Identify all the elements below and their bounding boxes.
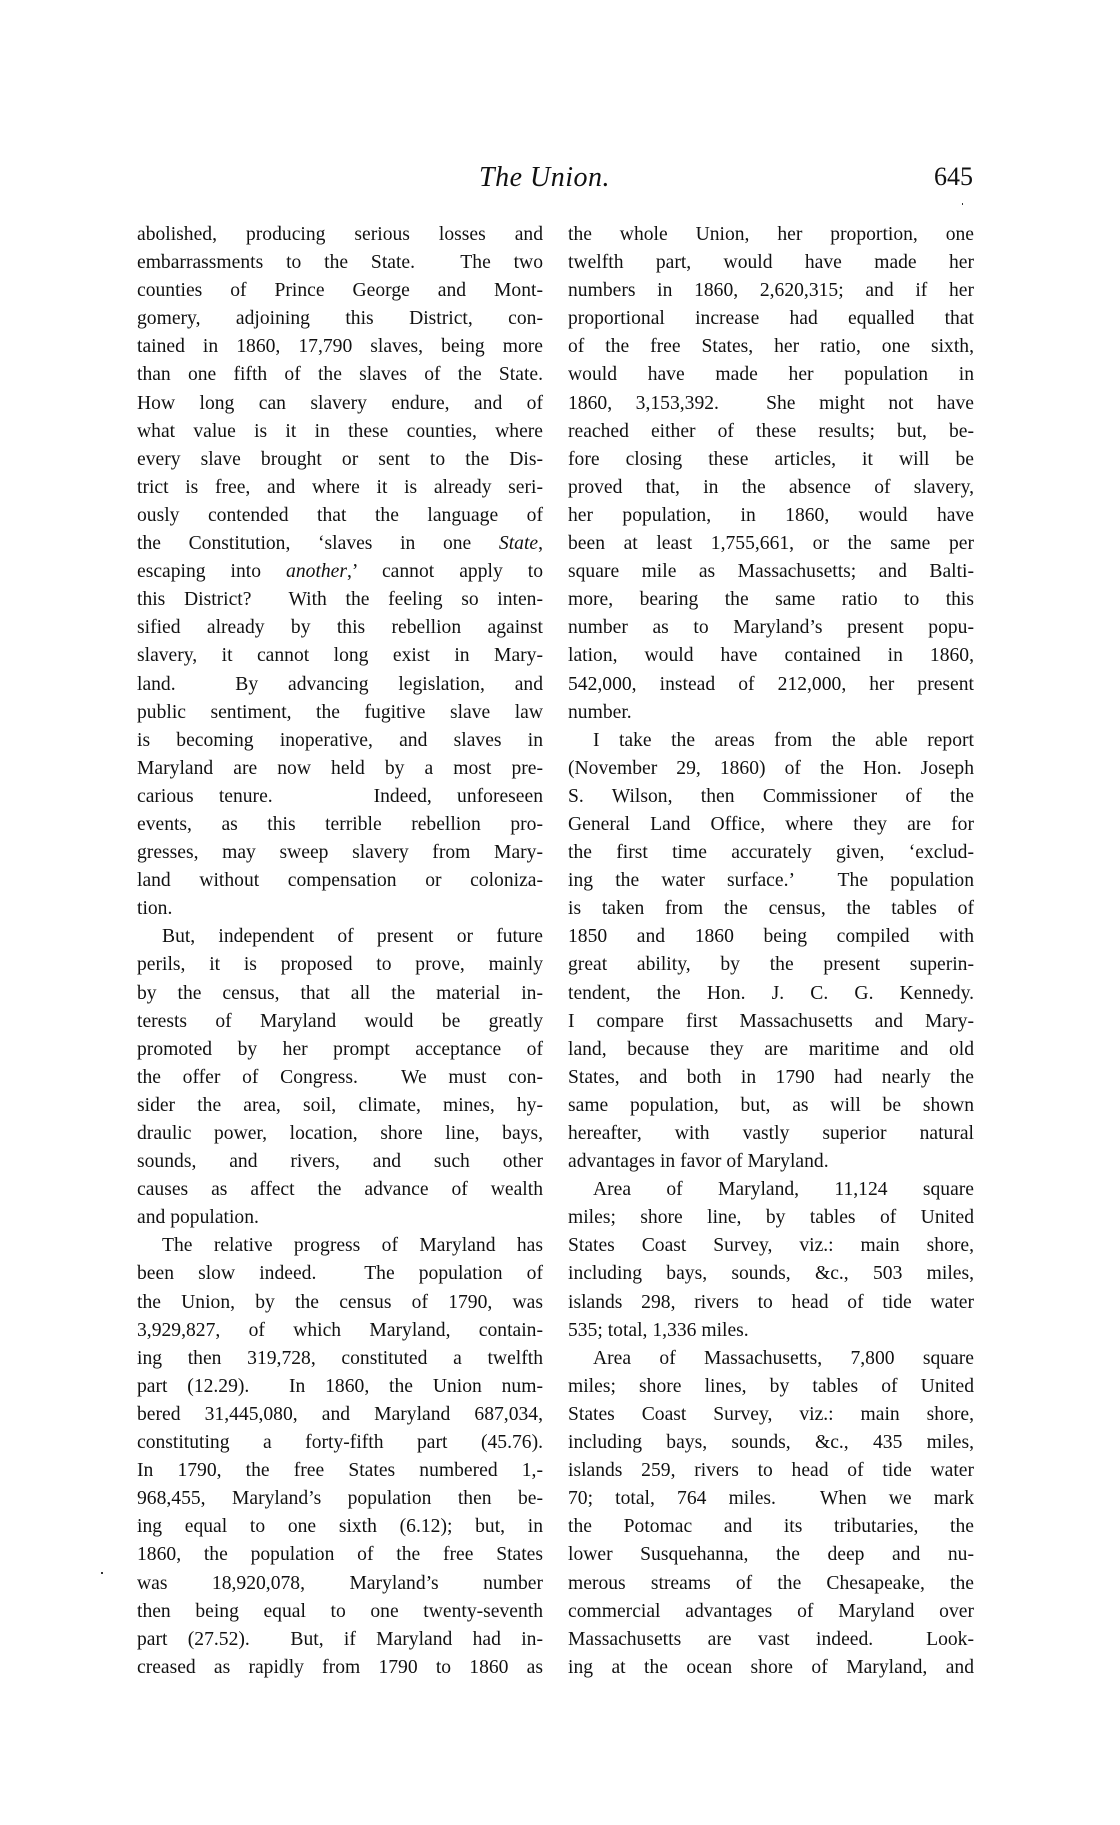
text-line: counties of Prince George and Mont- (137, 277, 543, 305)
text-line: Massachusetts are vast indeed. Look- (568, 1626, 974, 1654)
text-line: ing then 319,728, constituted a twelfth (137, 1345, 543, 1373)
text-line: slavery, it cannot long exist in Mary- (137, 642, 543, 670)
text-line: great ability, by the present superin- (568, 951, 974, 979)
text-line: square mile as Massachusetts; and Balti- (568, 558, 974, 586)
text-line: 1860, the population of the free States (137, 1541, 543, 1569)
text-line: same population, but, as will be shown (568, 1092, 974, 1120)
text-line: of the free States, her ratio, one sixth… (568, 333, 974, 361)
text-line: advantages in favor of Maryland. (568, 1148, 974, 1176)
text-line: than one fifth of the slaves of the Stat… (137, 361, 543, 389)
text-line: How long can slavery endure, and of (137, 390, 543, 418)
text-line: tion. (137, 895, 543, 923)
text-line: 70; total, 764 miles. When we mark (568, 1485, 974, 1513)
text-line: part (12.29). In 1860, the Union num- (137, 1373, 543, 1401)
text-line: 1850 and 1860 being compiled with (568, 923, 974, 951)
text-line: carious tenure. Indeed, unforeseen (137, 783, 543, 811)
text-line: 542,000, instead of 212,000, her present (568, 671, 974, 699)
running-head: The Union. 645 (137, 162, 973, 196)
text-line: merous streams of the Chesapeake, the (568, 1570, 974, 1598)
text-line: States, and both in 1790 had nearly the (568, 1064, 974, 1092)
text-line: and population. (137, 1204, 543, 1232)
text-line: ing at the ocean shore of Maryland, and (568, 1654, 974, 1682)
text-line: draulic power, location, shore line, bay… (137, 1120, 543, 1148)
text-line: 968,455, Maryland’s population then be- (137, 1485, 543, 1513)
text-line: hereafter, with vastly superior natural (568, 1120, 974, 1148)
text-line: would have made her population in (568, 361, 974, 389)
italic-word: State (499, 533, 538, 554)
text-line: tained in 1860, 17,790 slaves, being mor… (137, 333, 543, 361)
text-line: part (27.52). But, if Maryland had in- (137, 1626, 543, 1654)
text-line: islands 298, rivers to head of tide wate… (568, 1289, 974, 1317)
text-line: General Land Office, where they are for (568, 811, 974, 839)
text-line: gomery, adjoining this District, con- (137, 305, 543, 333)
text-line: escaping into another,’ cannot apply to (137, 558, 543, 586)
text-line: Area of Massachusetts, 7,800 square (568, 1345, 974, 1373)
text-line: land, because they are maritime and old (568, 1036, 974, 1064)
text-line: In 1790, the free States numbered 1,- (137, 1457, 543, 1485)
text-line: promoted by her prompt acceptance of (137, 1036, 543, 1064)
text-line: gresses, may sweep slavery from Mary- (137, 839, 543, 867)
text-line: miles; shore lines, by tables of United (568, 1373, 974, 1401)
text-line: fore closing these articles, it will be (568, 446, 974, 474)
text-line: number. (568, 699, 974, 727)
text-line: is becoming inoperative, and slaves in (137, 727, 543, 755)
text-line: I compare first Massachusetts and Mary- (568, 1008, 974, 1036)
text-line: lation, would have contained in 1860, (568, 642, 974, 670)
text-line: States Coast Survey, viz.: main shore, (568, 1401, 974, 1429)
text-line: ing the water surface.’ The population (568, 867, 974, 895)
text-line: this District? With the feeling so inten… (137, 586, 543, 614)
text-line: 1860, 3,153,392. She might not have (568, 390, 974, 418)
text-line: the whole Union, her proportion, one (568, 221, 974, 249)
text-line: States Coast Survey, viz.: main shore, (568, 1232, 974, 1260)
scan-speck (962, 203, 963, 205)
text-line: events, as this terrible rebellion pro- (137, 811, 543, 839)
text-line: abolished, producing serious losses and (137, 221, 543, 249)
text-line: miles; shore line, by tables of United (568, 1204, 974, 1232)
text-line: terests of Maryland would be greatly (137, 1008, 543, 1036)
text-line: been at least 1,755,661, or the same per (568, 530, 974, 558)
text-line: islands 259, rivers to head of tide wate… (568, 1457, 974, 1485)
text-line: Maryland are now held by a most pre- (137, 755, 543, 783)
text-line: reached either of these results; but, be… (568, 418, 974, 446)
text-line: is taken from the census, the tables of (568, 895, 974, 923)
text-line: numbers in 1860, 2,620,315; and if her (568, 277, 974, 305)
right-column: the whole Union, her proportion, onetwel… (568, 221, 974, 1682)
text-line: 535; total, 1,336 miles. (568, 1317, 974, 1345)
text-line: embarrassments to the State. The two (137, 249, 543, 277)
text-line: more, bearing the same ratio to this (568, 586, 974, 614)
text-line: I take the areas from the able report (568, 727, 974, 755)
text-line: ing equal to one sixth (6.12); but, in (137, 1513, 543, 1541)
text-line: constituting a forty-fifth part (45.76). (137, 1429, 543, 1457)
scan-speck (101, 1572, 103, 1574)
text-line: The relative progress of Maryland has (137, 1232, 543, 1260)
text-line: what value is it in these counties, wher… (137, 418, 543, 446)
text-line: ously contended that the language of (137, 502, 543, 530)
text-line: land. By advancing legislation, and (137, 671, 543, 699)
text-line: the first time accurately given, ‘exclud… (568, 839, 974, 867)
text-line: her population, in 1860, would have (568, 502, 974, 530)
text-line: by the census, that all the material in- (137, 980, 543, 1008)
text-line: twelfth part, would have made her (568, 249, 974, 277)
text-line: lower Susquehanna, the deep and nu- (568, 1541, 974, 1569)
page-number: 645 (934, 162, 973, 192)
text-line: the Constitution, ‘slaves in one State, (137, 530, 543, 558)
text-line: every slave brought or sent to the Dis- (137, 446, 543, 474)
text-line: public sentiment, the fugitive slave law (137, 699, 543, 727)
text-line: been slow indeed. The population of (137, 1260, 543, 1288)
text-line: perils, it is proposed to prove, mainly (137, 951, 543, 979)
text-line: sounds, and rivers, and such other (137, 1148, 543, 1176)
text-line: commercial advantages of Maryland over (568, 1598, 974, 1626)
running-head-title: The Union. (479, 162, 610, 194)
text-line: the offer of Congress. We must con- (137, 1064, 543, 1092)
text-line: But, independent of present or future (137, 923, 543, 951)
text-line: number as to Maryland’s present popu- (568, 614, 974, 642)
italic-word: another (286, 561, 347, 582)
text-line: bered 31,445,080, and Maryland 687,034, (137, 1401, 543, 1429)
text-line: creased as rapidly from 1790 to 1860 as (137, 1654, 543, 1682)
text-line: sider the area, soil, climate, mines, hy… (137, 1092, 543, 1120)
text-line: was 18,920,078, Maryland’s number (137, 1570, 543, 1598)
text-line: including bays, sounds, &c., 435 miles, (568, 1429, 974, 1457)
text-line: (November 29, 1860) of the Hon. Joseph (568, 755, 974, 783)
text-line: then being equal to one twenty-seventh (137, 1598, 543, 1626)
text-line: S. Wilson, then Commissioner of the (568, 783, 974, 811)
text-line: proved that, in the absence of slavery, (568, 474, 974, 502)
text-line: land without compensation or coloniza- (137, 867, 543, 895)
left-column: abolished, producing serious losses ande… (137, 221, 543, 1682)
text-line: the Union, by the census of 1790, was (137, 1289, 543, 1317)
text-line: the Potomac and its tributaries, the (568, 1513, 974, 1541)
text-line: 3,929,827, of which Maryland, contain- (137, 1317, 543, 1345)
text-line: tendent, the Hon. J. C. G. Kennedy. (568, 980, 974, 1008)
text-line: causes as affect the advance of wealth (137, 1176, 543, 1204)
text-line: including bays, sounds, &c., 503 miles, (568, 1260, 974, 1288)
text-line: trict is free, and where it is already s… (137, 474, 543, 502)
text-line: Area of Maryland, 11,124 square (568, 1176, 974, 1204)
text-line: sified already by this rebellion against (137, 614, 543, 642)
text-line: proportional increase had equalled that (568, 305, 974, 333)
